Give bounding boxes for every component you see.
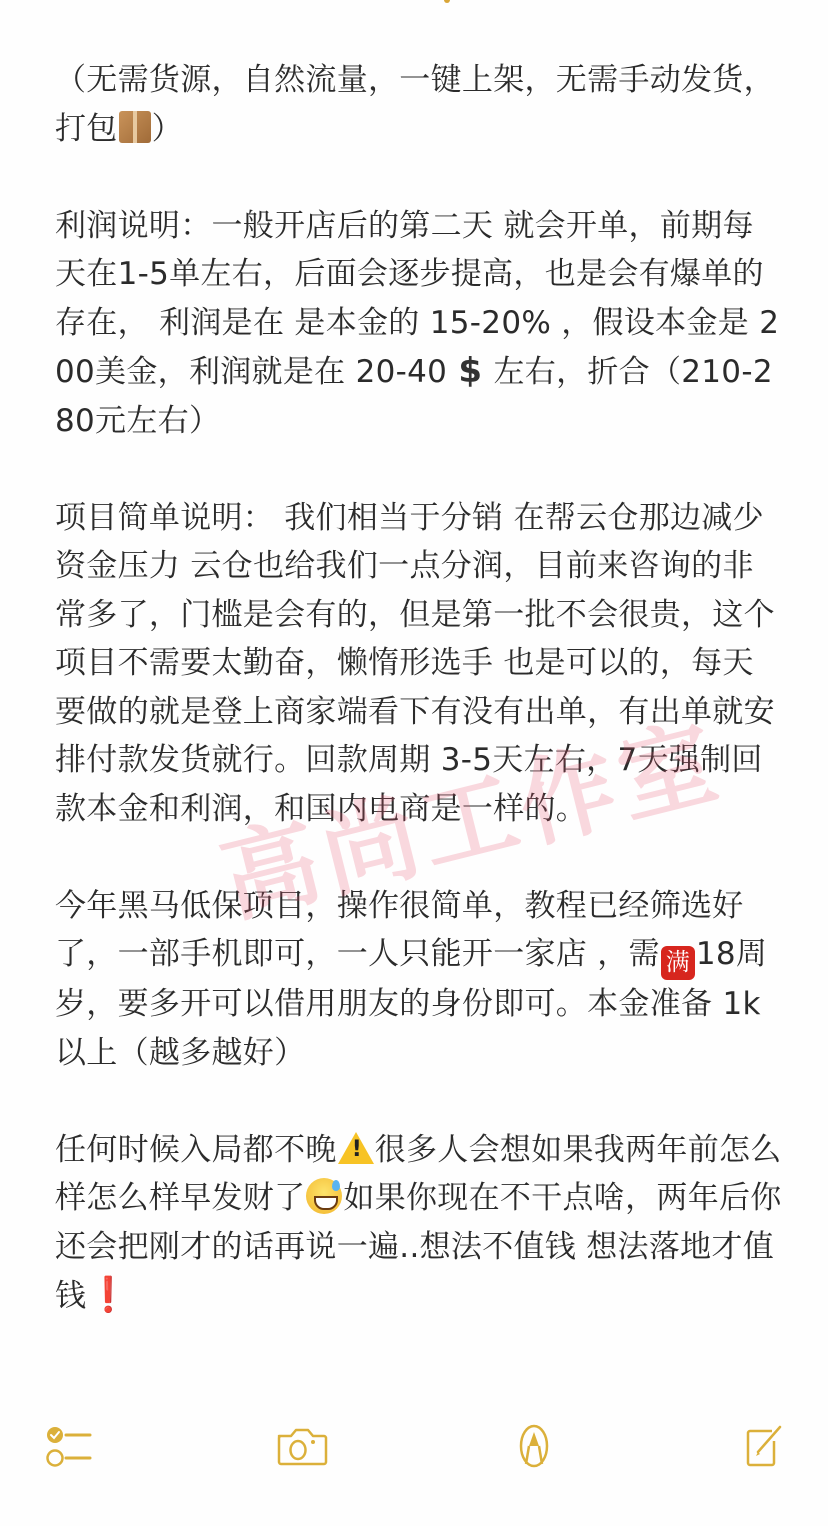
note-paragraph-5: 任何时候入局都不晚!很多人会想如果我两年前怎么样怎么样早发财了如果你现在不干点啥… (55, 1126, 785, 1321)
markup-button[interactable] (506, 1420, 562, 1472)
note-paragraph-4: 今年黑马低保项目，操作很简单，教程已经筛选好了，一部手机即可，一人只能开一家店 … (55, 882, 785, 1078)
text-run: 今年黑马低保项目，操作很简单，教程已经筛选好了，一部手机即可，一人只能开一家店 … (55, 888, 744, 973)
exclamation-icon: ❗ (87, 1271, 130, 1303)
camera-button[interactable] (274, 1420, 330, 1472)
text-run: 项目简单说明： 我们相当于分销 在帮云仓那边减少资金压力 云仓也给我们一点分润，… (55, 500, 775, 827)
text-run: 任何时候入局都不晚 (55, 1132, 337, 1168)
note-paragraph-3: 项目简单说明： 我们相当于分销 在帮云仓那边减少资金压力 云仓也给我们一点分润，… (55, 494, 785, 834)
warning-icon: ! (338, 1132, 374, 1164)
checklist-icon (42, 1422, 94, 1470)
grinning-sweat-icon (306, 1178, 342, 1214)
compose-button[interactable] (738, 1420, 794, 1472)
package-emoji-icon (119, 111, 151, 143)
markup-pen-icon (510, 1422, 558, 1470)
note-paragraph-1: （无需货源，自然流量，一键上架，无需手动发货，打包） (55, 56, 785, 153)
compose-icon (742, 1422, 790, 1470)
checklist-button[interactable] (40, 1420, 96, 1472)
dollar-sign-icon: $ (458, 347, 482, 379)
note-paragraph-2: 利润说明：一般开店后的第二天 就会开单，前期每天在1-5单左右，后面会逐步提高，… (55, 202, 785, 446)
full-button-emoji-icon: 满 (661, 946, 695, 980)
text-run: ） (152, 111, 183, 147)
camera-icon (274, 1422, 330, 1470)
bottom-toolbar (0, 1410, 828, 1480)
note-body[interactable]: （无需货源，自然流量，一键上架，无需手动发货，打包） 利润说明：一般开店后的第二… (55, 56, 785, 1321)
cutoff-glyph (444, 0, 450, 3)
